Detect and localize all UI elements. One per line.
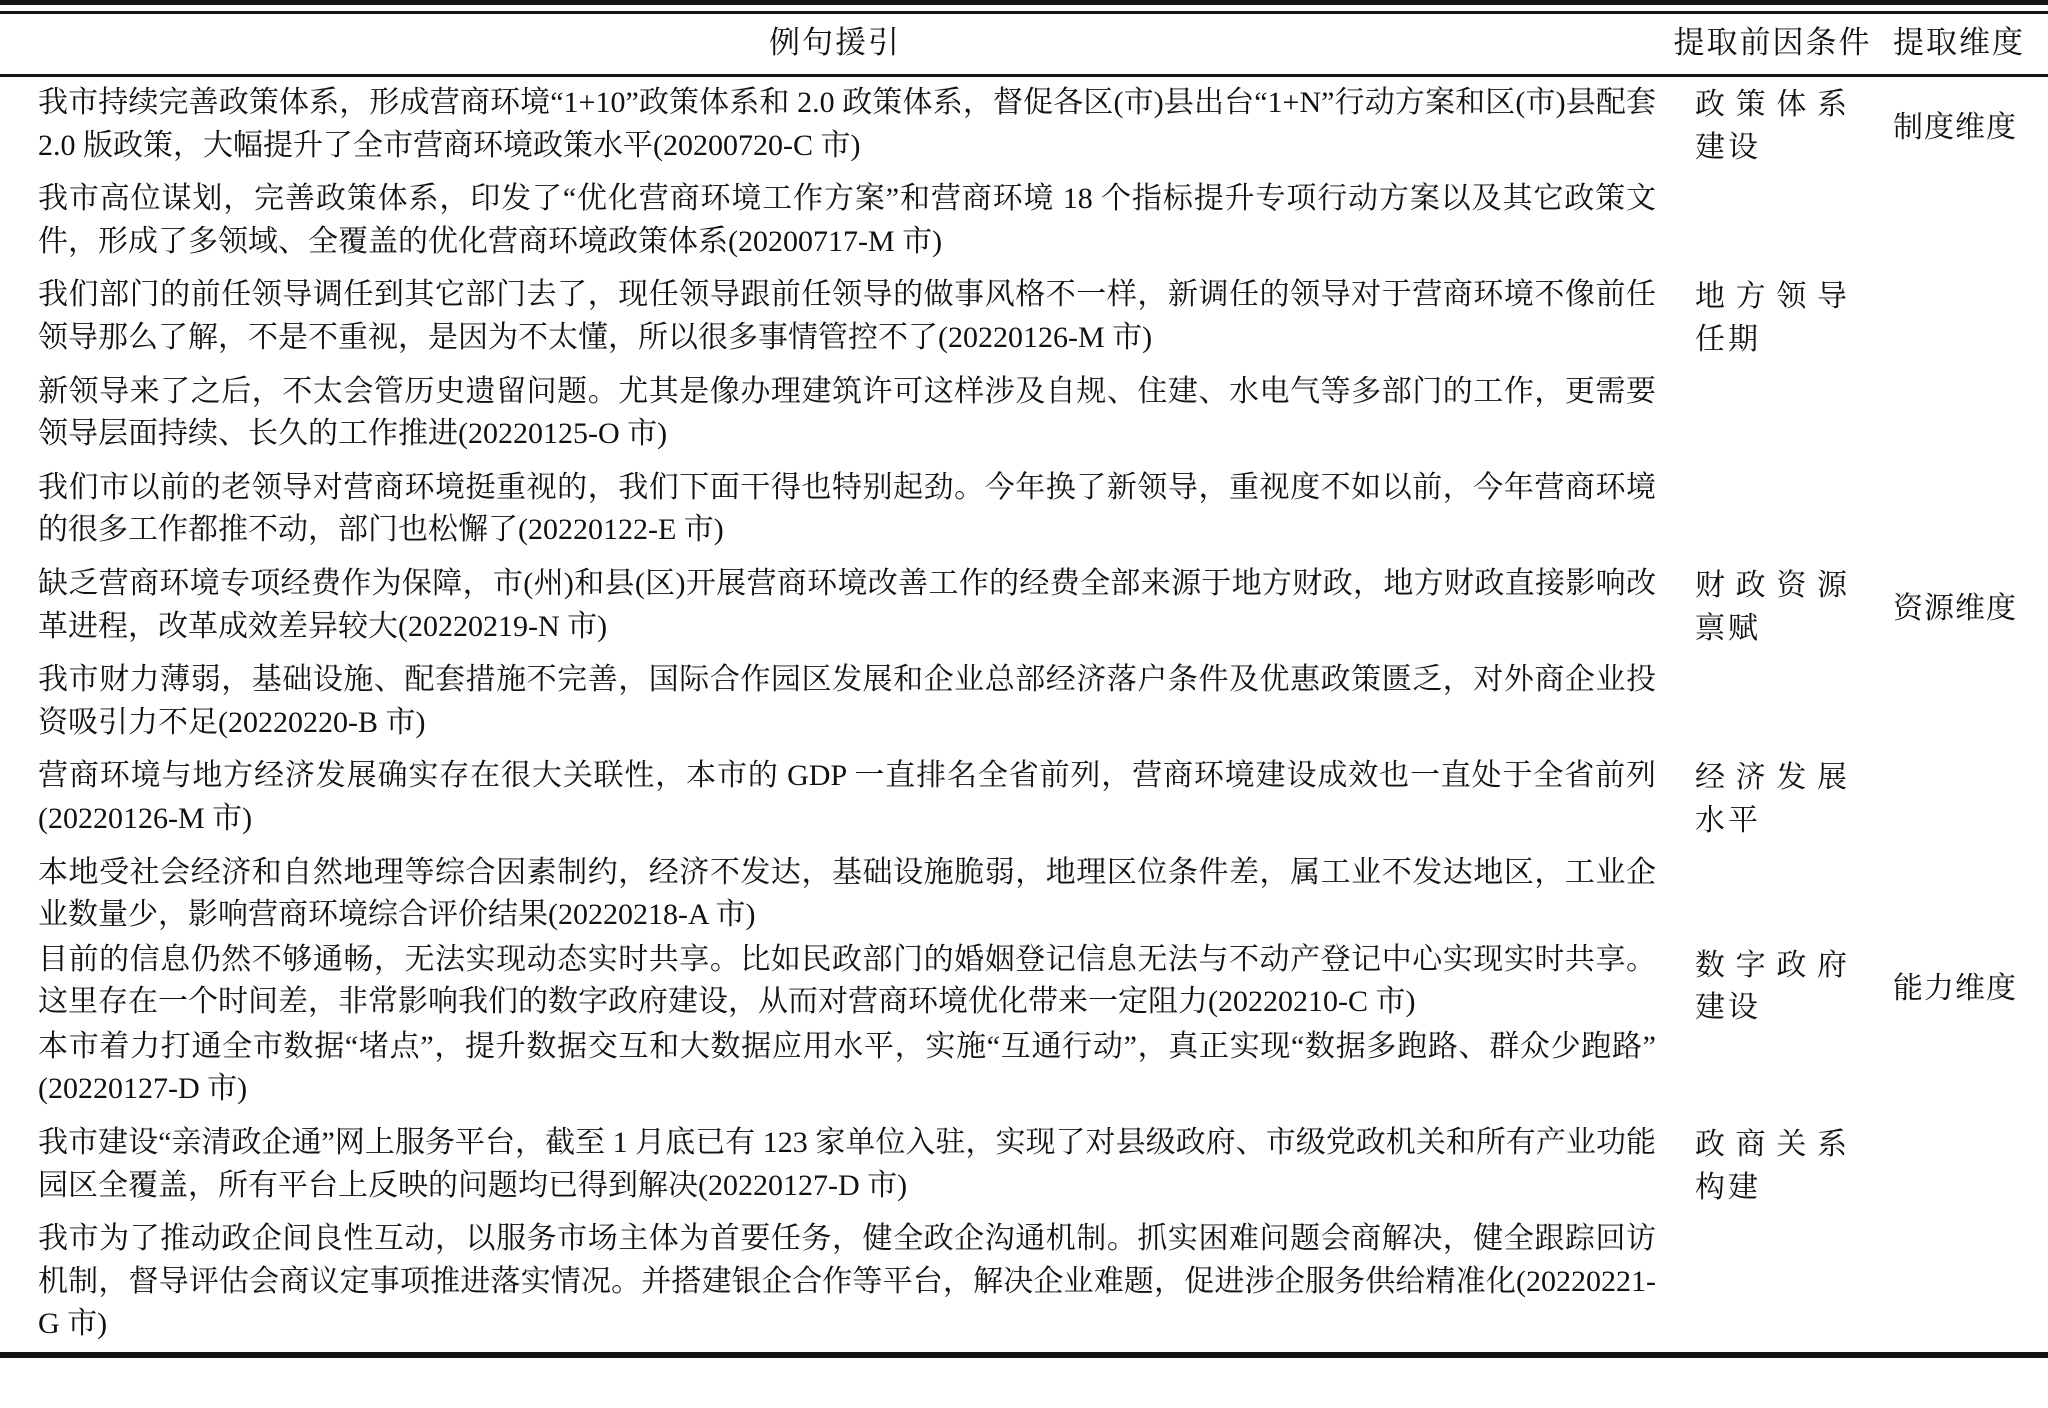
condition-label-line2: 建设 — [1695, 127, 1847, 170]
example-text: 目前的信息仍然不够通畅，无法实现动态实时共享。比如民政部门的婚姻登记信息无法与不… — [0, 938, 1670, 1025]
table-row: 目前的信息仍然不够通畅，无法实现动态实时共享。比如民政部门的婚姻登记信息无法与不… — [0, 938, 2048, 1025]
condition-cell-fiscal-resources: 财政资源 禀赋 — [1670, 558, 1875, 750]
table-row: 缺乏营商环境专项经费作为保障，市(州)和县(区)开展营商环境改善工作的经费全部来… — [0, 558, 2048, 654]
dimension-cell-resource: 资源维度 — [1875, 558, 2048, 938]
dimension-cell-capability: 能力维度 — [1875, 938, 2048, 1352]
table-row: 我市建设“亲清政企通”网上服务平台，截至 1 月底已有 123 家单位入驻，实现… — [0, 1117, 2048, 1213]
condition-cell-local-leadership: 地方领导 任期 — [1670, 269, 1875, 558]
condition-cell-policy-system: 政策体系 建设 — [1670, 76, 1875, 270]
example-text: 我市为了推动政企间良性互动，以服务市场主体为首要任务，健全政企沟通机制。抓实困难… — [0, 1213, 1670, 1352]
condition-label-line2: 构建 — [1695, 1167, 1847, 1210]
example-text: 我市财力薄弱，基础设施、配套措施不完善，国际合作园区发展和企业总部经济落户条件及… — [0, 654, 1670, 750]
example-text: 缺乏营商环境专项经费作为保障，市(州)和县(区)开展营商环境改善工作的经费全部来… — [0, 558, 1670, 654]
table-header-row: 例句援引 提取前因条件 提取维度 — [0, 14, 2048, 76]
condition-cell-government-business-relations: 政商关系 构建 — [1670, 1117, 1875, 1352]
condition-label-line1: 经济发展 — [1695, 757, 1847, 800]
example-text: 我们市以前的老领导对营商环境挺重视的，我们下面干得也特别起劲。今年换了新领导，重… — [0, 462, 1670, 558]
condition-label-line2: 建设 — [1695, 987, 1847, 1030]
condition-label-line2: 水平 — [1695, 800, 1847, 843]
column-header-example-citation: 例句援引 — [0, 14, 1670, 76]
table-row: 我们部门的前任领导调任到其它部门去了，现任领导跟前任领导的做事风格不一样，新调任… — [0, 269, 2048, 365]
column-header-antecedent-condition: 提取前因条件 — [1670, 14, 1875, 76]
example-text: 本地受社会经济和自然地理等综合因素制约，经济不发达，基础设施脆弱，地理区位条件差… — [0, 847, 1670, 938]
example-text: 我市建设“亲清政企通”网上服务平台，截至 1 月底已有 123 家单位入驻，实现… — [0, 1117, 1670, 1213]
dimension-label: 能力维度 — [1893, 968, 2048, 1011]
dimension-label: 制度维度 — [1893, 107, 2048, 150]
example-text: 我们部门的前任领导调任到其它部门去了，现任领导跟前任领导的做事风格不一样，新调任… — [0, 269, 1670, 365]
column-header-extracted-dimension: 提取维度 — [1875, 14, 2048, 76]
dimension-cell-institutional: 制度维度 — [1875, 76, 2048, 558]
condition-label-line1: 政商关系 — [1695, 1124, 1847, 1167]
antecedent-condition-table: 例句援引 提取前因条件 提取维度 我市持续完善政策体系，形成营商环境“1+10”… — [0, 14, 2048, 1352]
paper-table-page: 例句援引 提取前因条件 提取维度 我市持续完善政策体系，形成营商环境“1+10”… — [0, 0, 2048, 1408]
condition-label-line1: 数字政府 — [1695, 945, 1847, 988]
condition-label-line2: 任期 — [1695, 319, 1847, 362]
example-text: 我市高位谋划，完善政策体系，印发了“优化营商环境工作方案”和营商环境 18 个指… — [0, 173, 1670, 269]
condition-label-line2: 禀赋 — [1695, 608, 1847, 651]
condition-cell-economic-development: 经济发展 水平 — [1670, 750, 1875, 937]
example-text: 我市持续完善政策体系，形成营商环境“1+10”政策体系和 2.0 政策体系，督促… — [0, 76, 1670, 174]
condition-label-line1: 财政资源 — [1695, 565, 1847, 608]
example-text: 本市着力打通全市数据“堵点”，提升数据交互和大数据应用水平，实施“互通行动”，真… — [0, 1025, 1670, 1117]
example-text: 营商环境与地方经济发展确实存在很大关联性，本市的 GDP 一直排名全省前列，营商… — [0, 750, 1670, 846]
example-text: 新领导来了之后，不太会管历史遗留问题。尤其是像办理建筑许可这样涉及自规、住建、水… — [0, 366, 1670, 462]
table-row: 我市持续完善政策体系，形成营商环境“1+10”政策体系和 2.0 政策体系，督促… — [0, 76, 2048, 174]
condition-label-line1: 政策体系 — [1695, 84, 1847, 127]
table-row: 营商环境与地方经济发展确实存在很大关联性，本市的 GDP 一直排名全省前列，营商… — [0, 750, 2048, 846]
condition-cell-digital-government: 数字政府 建设 — [1670, 938, 1875, 1117]
dimension-label: 资源维度 — [1893, 588, 2048, 631]
table-bottom-rule — [0, 1352, 2048, 1358]
condition-label-line1: 地方领导 — [1695, 276, 1847, 319]
